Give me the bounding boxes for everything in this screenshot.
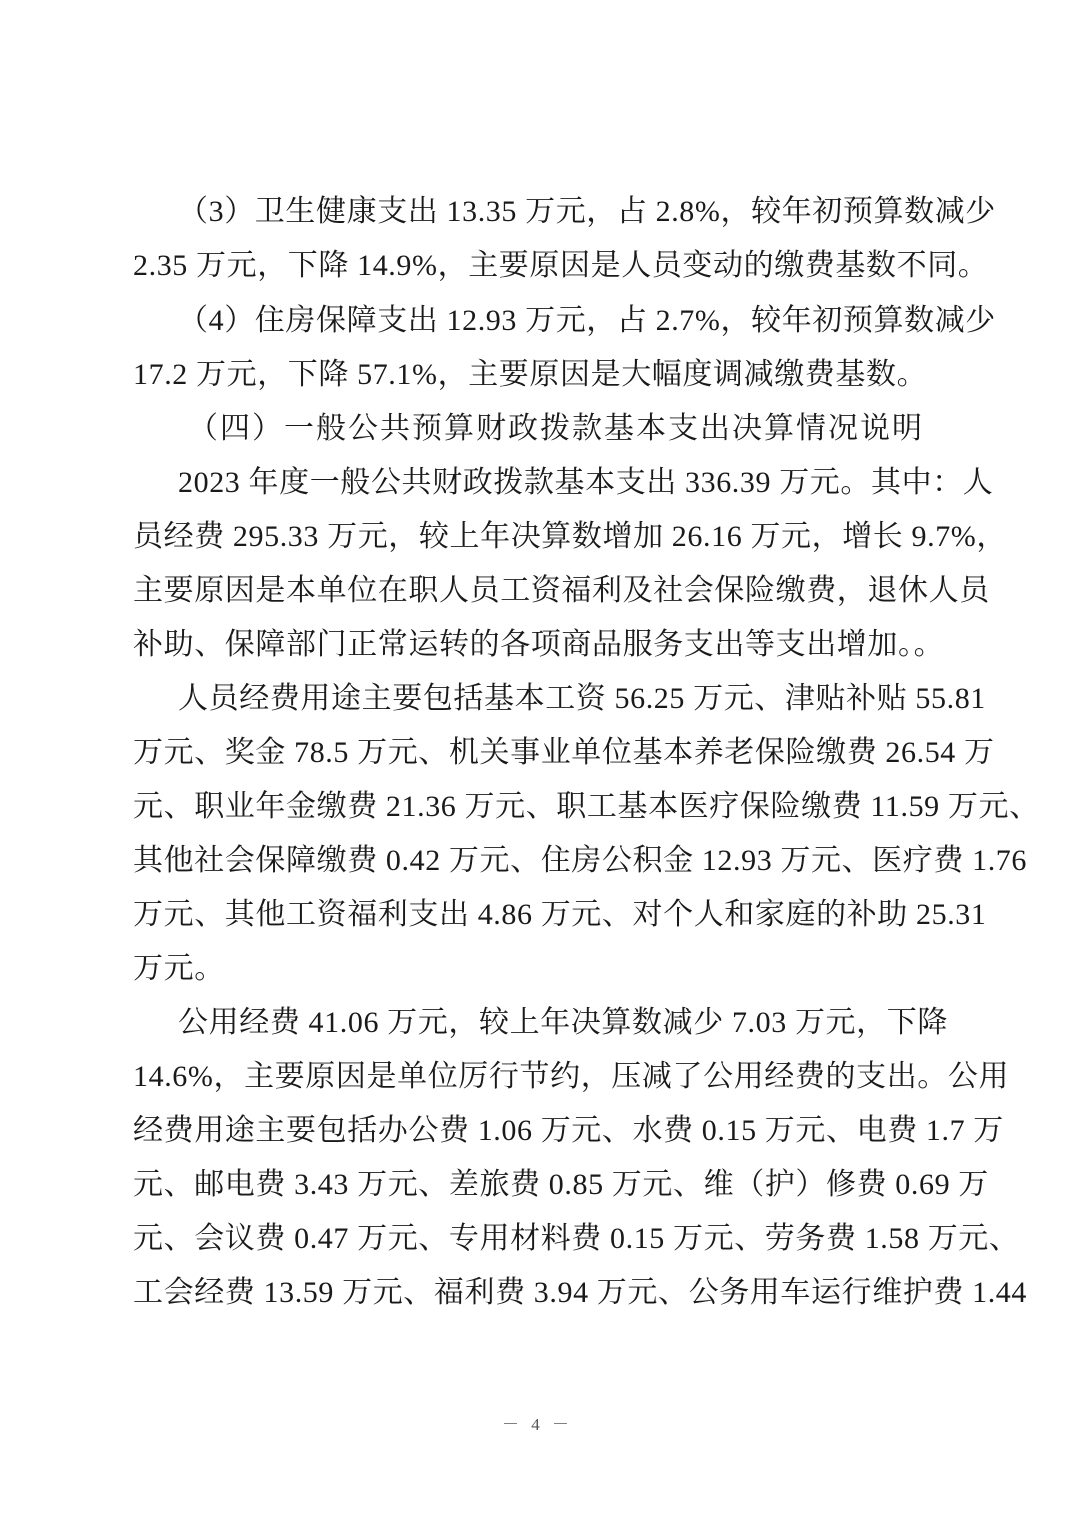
- text-line: 其他社会保障缴费 0.42 万元、住房公积金 12.93 万元、医疗费 1.76: [133, 841, 948, 881]
- page-number: － 4 －: [0, 1410, 1075, 1435]
- text-line: 2023 年度一般公共财政拨款基本支出 336.39 万元。其中：人: [178, 463, 948, 503]
- section-heading: （四）一般公共预算财政拨款基本支出决算情况说明: [188, 409, 1003, 449]
- text-line: 人员经费用途主要包括基本工资 56.25 万元、津贴补贴 55.81: [178, 679, 948, 719]
- document-page: （3）卫生健康支出 13.35 万元，占 2.8%，较年初预算数减少2.35 万…: [0, 0, 1075, 1520]
- text-line: 补助、保障部门正常运转的各项商品服务支出等支出增加。。: [133, 625, 948, 665]
- text-line: 万元。: [133, 949, 948, 989]
- text-line: 17.2 万元，下降 57.1%，主要原因是大幅度调减缴费基数。: [133, 355, 948, 395]
- text-line: 万元、奖金 78.5 万元、机关事业单位基本养老保险缴费 26.54 万: [133, 733, 948, 773]
- text-line: （3）卫生健康支出 13.35 万元，占 2.8%，较年初预算数减少: [178, 192, 948, 232]
- text-line: 2.35 万元，下降 14.9%，主要原因是人员变动的缴费基数不同。: [133, 246, 948, 286]
- text-line: 公用经费 41.06 万元，较上年决算数减少 7.03 万元，下降: [178, 1003, 948, 1043]
- text-line: 元、职业年金缴费 21.36 万元、职工基本医疗保险缴费 11.59 万元、: [133, 787, 948, 827]
- text-line: 员经费 295.33 万元，较上年决算数增加 26.16 万元，增长 9.7%，: [133, 517, 948, 557]
- text-line: 主要原因是本单位在职人员工资福利及社会保险缴费，退休人员: [133, 571, 948, 611]
- text-line: 工会经费 13.59 万元、福利费 3.94 万元、公务用车运行维护费 1.44: [133, 1273, 948, 1313]
- text-line: 经费用途主要包括办公费 1.06 万元、水费 0.15 万元、电费 1.7 万: [133, 1111, 948, 1151]
- text-line: 万元、其他工资福利支出 4.86 万元、对个人和家庭的补助 25.31: [133, 895, 948, 935]
- text-line: 元、邮电费 3.43 万元、差旅费 0.85 万元、维（护）修费 0.69 万: [133, 1165, 948, 1205]
- text-line: 元、会议费 0.47 万元、专用材料费 0.15 万元、劳务费 1.58 万元、: [133, 1219, 948, 1259]
- text-line: （4）住房保障支出 12.93 万元，占 2.7%，较年初预算数减少: [178, 301, 948, 341]
- text-line: 14.6%，主要原因是单位厉行节约，压减了公用经费的支出。公用: [133, 1057, 948, 1097]
